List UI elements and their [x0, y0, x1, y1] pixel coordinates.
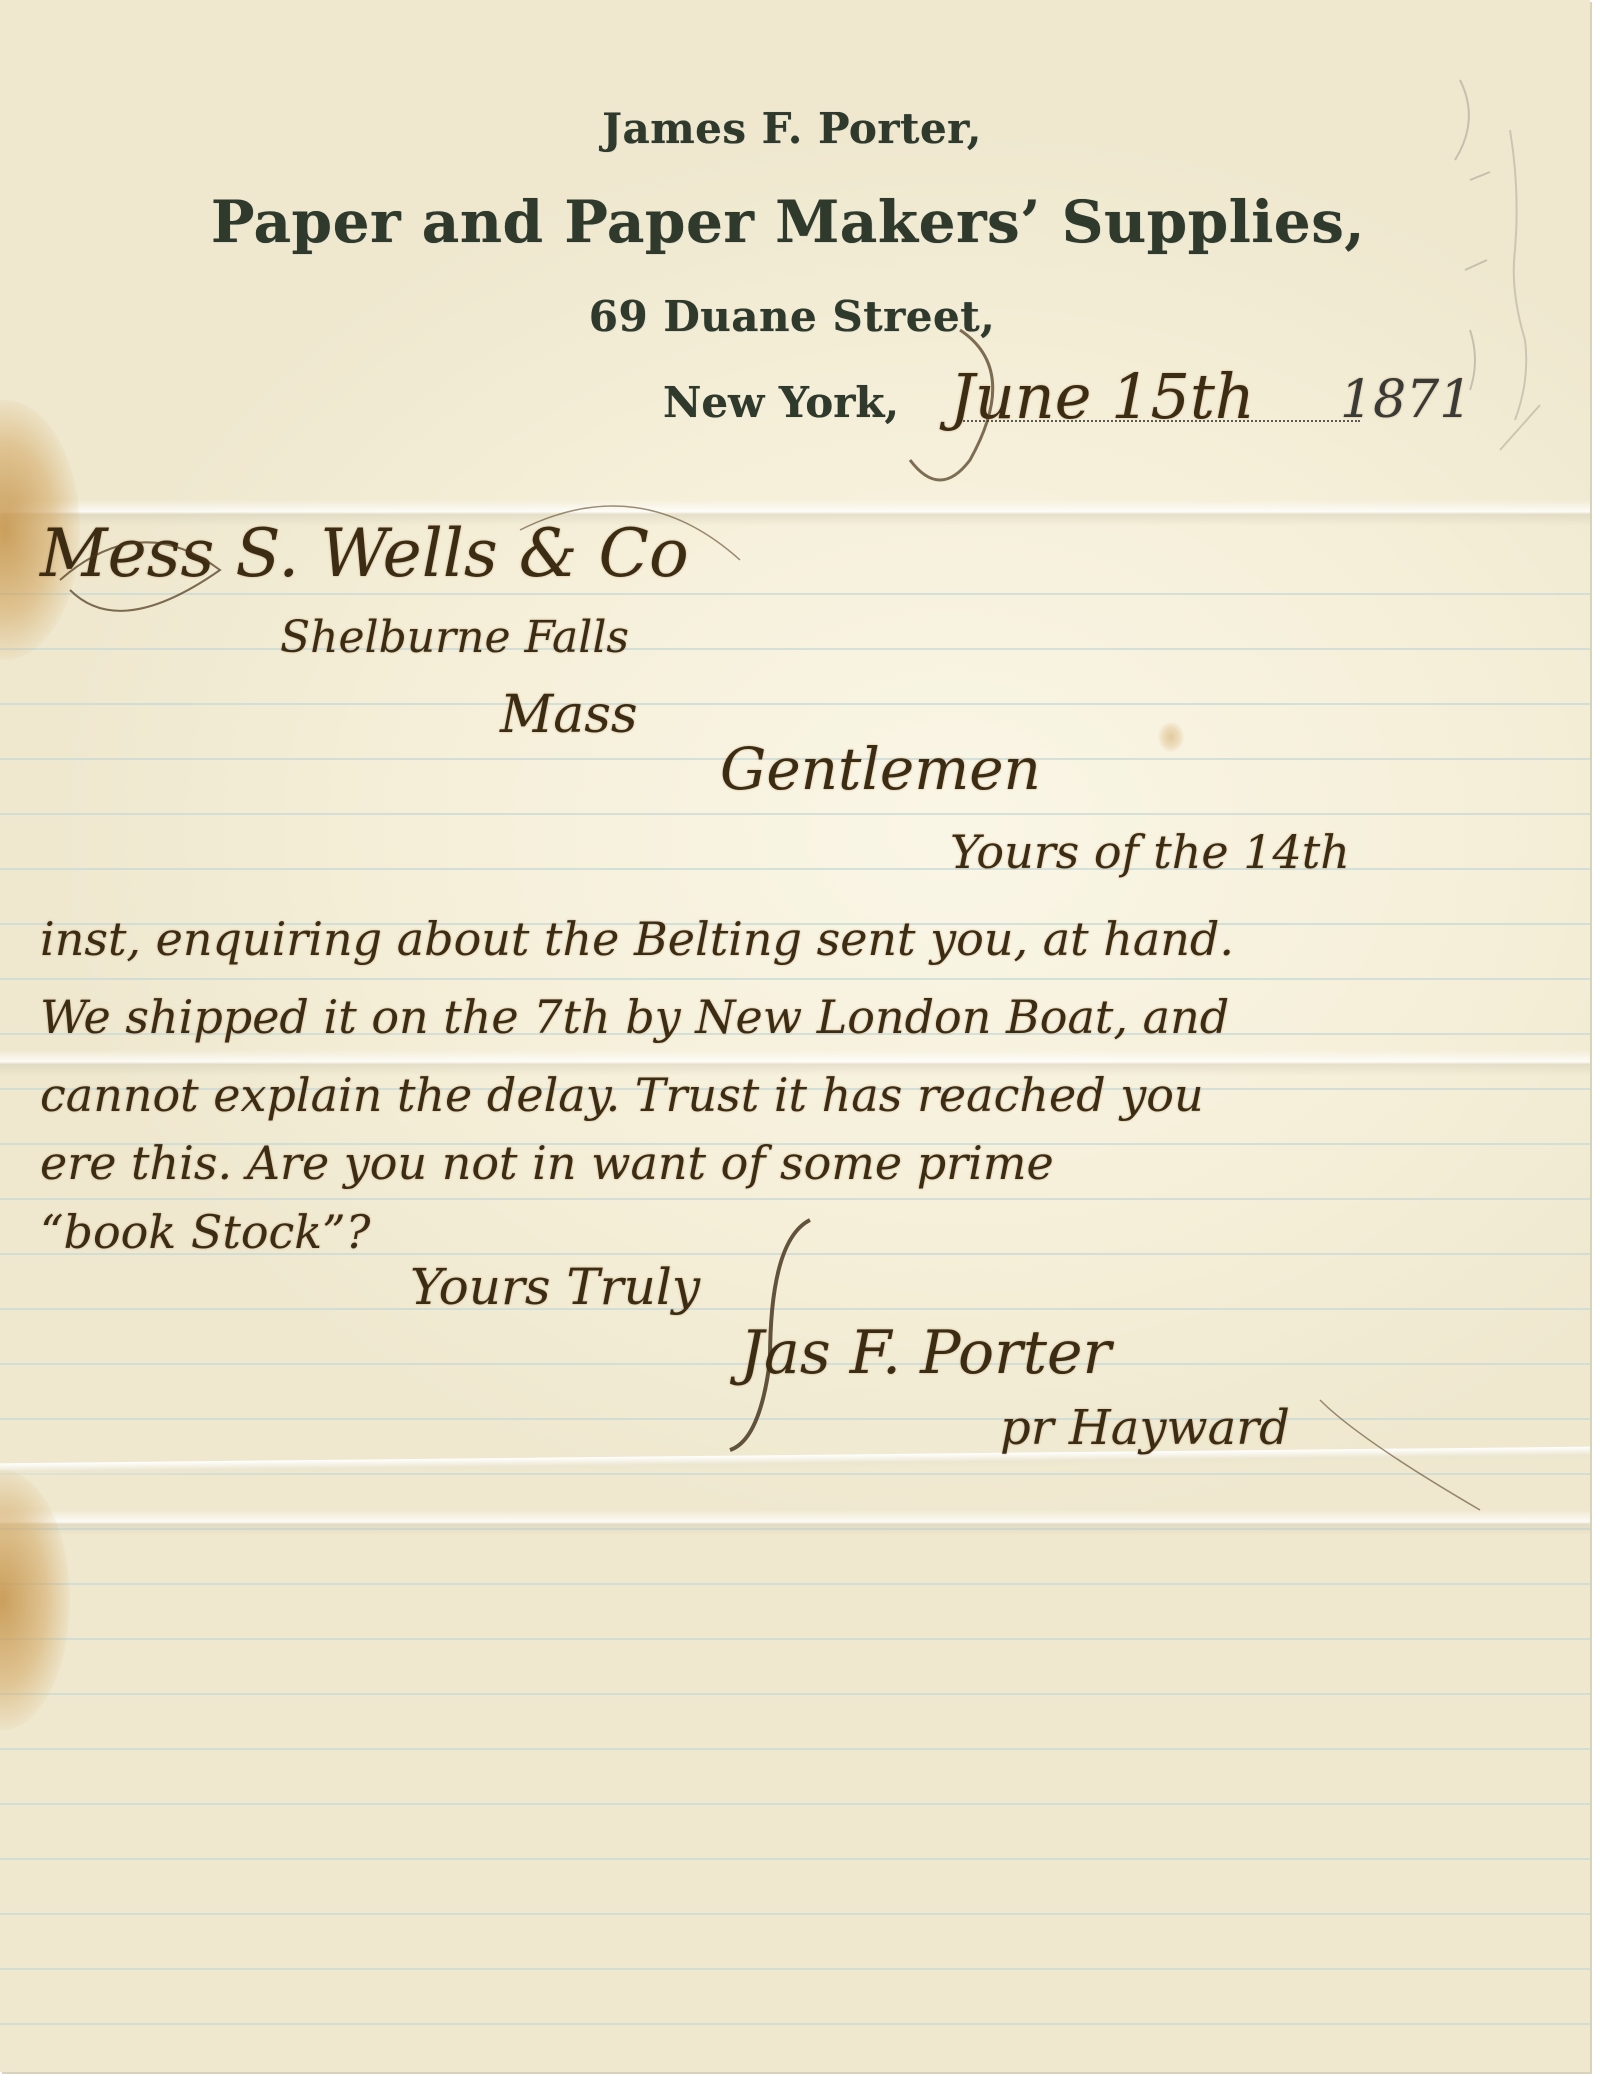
recipient-name: Mess S. Wells & Co — [40, 515, 689, 592]
date-month-day: June 15th — [950, 360, 1255, 433]
body-line: cannot explain the delay. Trust it has r… — [40, 1068, 1204, 1122]
letterhead-street: 69 Duane Street, — [0, 292, 1592, 341]
per-signature: pr Hayward — [1000, 1400, 1290, 1456]
letterhead-city: New York, — [663, 378, 899, 427]
body-line: We shipped it on the 7th by New London B… — [40, 990, 1229, 1044]
body-line: inst, enquiring about the Belting sent y… — [40, 912, 1234, 966]
signature: Jas F. Porter — [740, 1318, 1111, 1388]
letterhead-name: James F. Porter, — [0, 104, 1592, 153]
recipient-town: Shelburne Falls — [280, 612, 629, 663]
valediction: Yours Truly — [410, 1258, 700, 1316]
recipient-state: Mass — [500, 685, 638, 745]
letterhead-trade: Paper and Paper Makers’ Supplies, — [0, 188, 1588, 256]
body-line: “book Stock”? — [40, 1205, 370, 1259]
pencil-scribble-icon — [1440, 70, 1560, 470]
body-line: Yours of the 14th — [950, 825, 1350, 879]
spot-stain — [1158, 722, 1184, 752]
margin-pencil-notation — [1440, 70, 1560, 470]
salutation: Gentlemen — [720, 735, 1041, 803]
body-line: ere this. Are you not in want of some pr… — [40, 1136, 1054, 1190]
letter-page: James F. Porter, Paper and Paper Makers’… — [0, 0, 1590, 2072]
fold-crease — [0, 1510, 1590, 1536]
